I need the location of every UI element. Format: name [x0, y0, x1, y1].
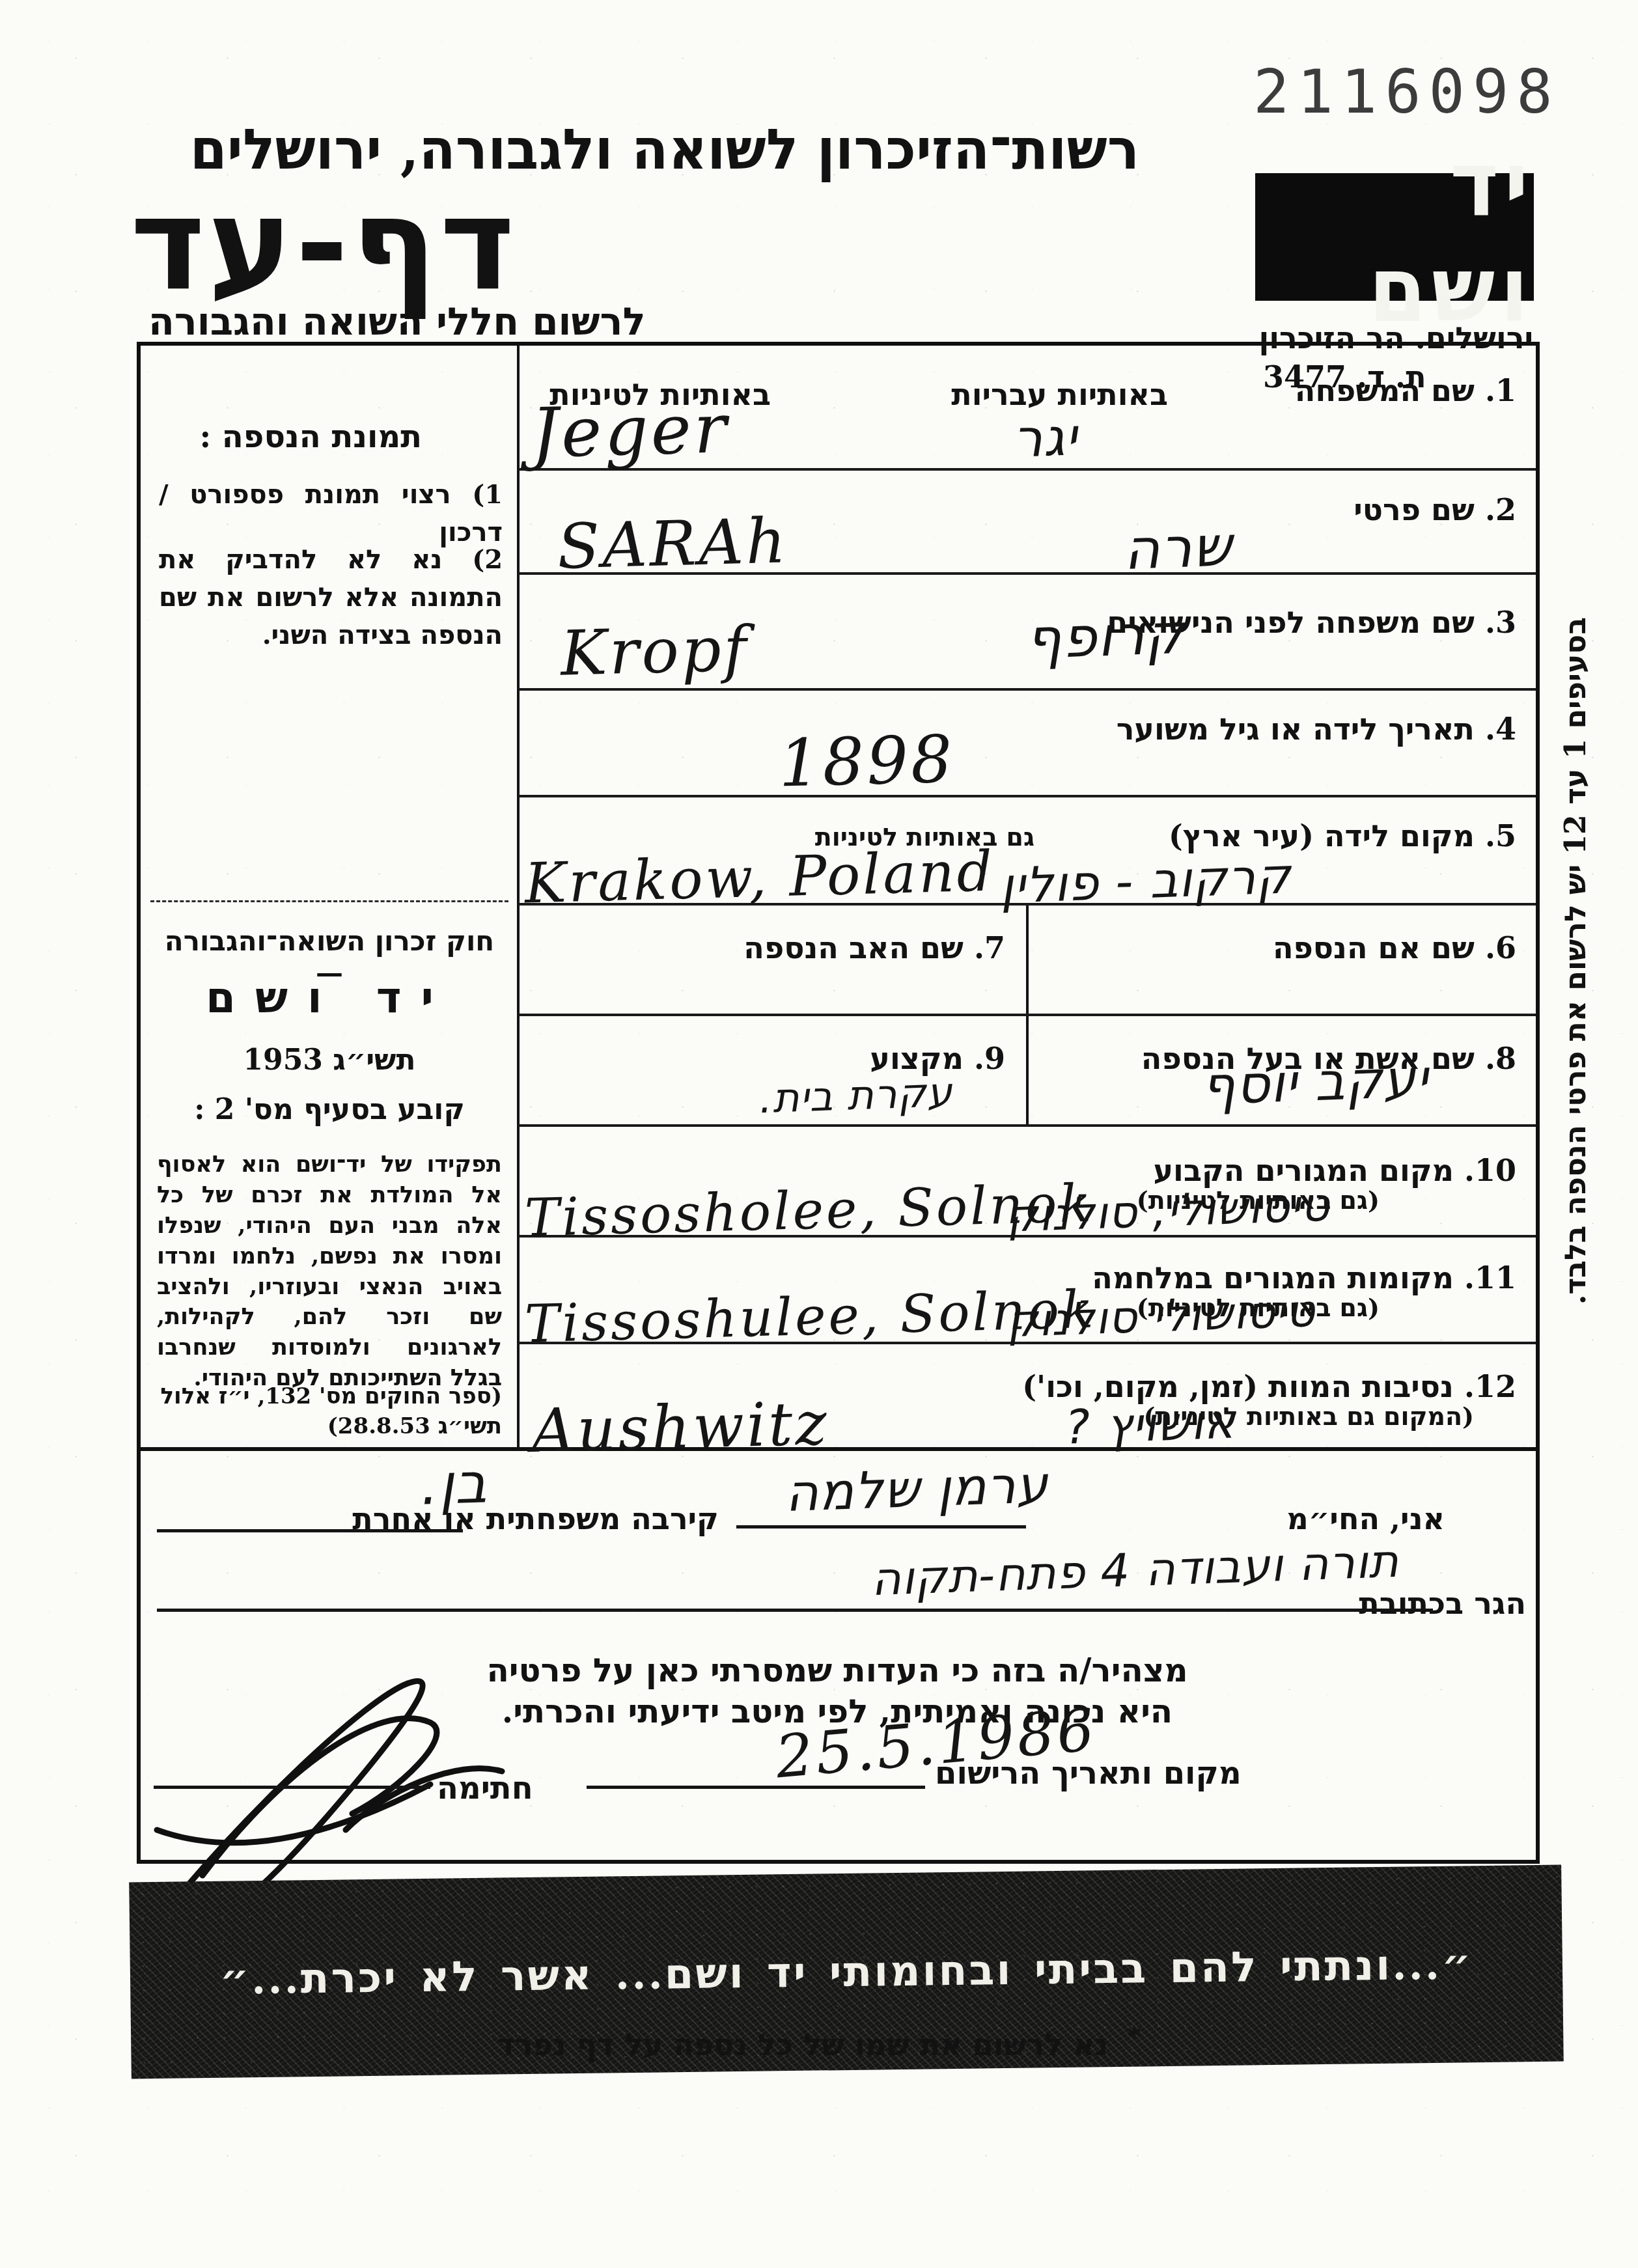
photo-instruction-1: 1) רצוי תמונת פספורט / דרכון [159, 476, 503, 551]
field2-value-hebrew: שרה [1122, 514, 1233, 583]
footnote: * נא לרשום את שמו של כל נספה על דף נפרד [396, 2021, 1242, 2062]
signature-line [154, 1786, 430, 1789]
field6-label: 6. שם אם הנספה [1273, 930, 1516, 965]
scripture-quote: ״...ונתתי להם בביתי ובחומותי יד ושם... א… [219, 1940, 1473, 2004]
field8-9-writing-line [518, 1124, 1536, 1127]
field4-label: 4. תאריך לידה או גיל משוער [1117, 712, 1516, 747]
field6-7-writing-line [518, 1014, 1536, 1016]
field2-label: 2. שם פרטי [1353, 492, 1516, 527]
field3-value-latin: Kropf [560, 613, 750, 690]
fields-bottom-line [141, 1447, 1536, 1451]
field1-value-latin: Jeger [530, 389, 730, 473]
field10-value-hebrew: טיסושולי, סולנוק [1006, 1180, 1331, 1242]
date-line [587, 1786, 925, 1789]
field5-value-hebrew: קרקוב - פולין [999, 847, 1292, 915]
declarant-prefix-label: אני, החי״מ [1286, 1501, 1445, 1536]
yad-vashem-logo: יד ושם [1255, 173, 1534, 301]
field5-value-latin: Krakow, Poland [524, 840, 995, 917]
relation-line [157, 1529, 463, 1532]
registration-stamp-number: 2116098 [1253, 57, 1561, 127]
sidebar-divider-line [517, 346, 520, 1449]
law-name: יד ושם [154, 972, 505, 1023]
address-value-handwritten: תורה ועבודה 4 פתח-תקוה [870, 1534, 1400, 1606]
law-citation: (ספר החוקים מס' 132, י״ז אלול תשי״ג 28.8… [157, 1382, 502, 1442]
photo-instructions-title: תמונת הנספה : [141, 419, 422, 455]
field2-value-latin: SARAh [557, 505, 790, 583]
field11-value-hebrew: טיסושולי סולנוק [1006, 1286, 1316, 1348]
field12-value-hebrew: אושויץ ? [1064, 1394, 1237, 1454]
field10-label: 10. מקום המגורים הקבוע [1153, 1153, 1516, 1188]
field7-label: 7. שם האב הנספה [743, 930, 1005, 965]
address-label: הגר בכתובת [1359, 1586, 1526, 1621]
sidebar-dashed-separator [150, 900, 508, 902]
law-section: קובע בסעיף מס' 2 : [154, 1093, 505, 1126]
signature-label: חתימה [437, 1770, 533, 1806]
field8-value-hebrew: יעקב יוסף [1201, 1048, 1429, 1116]
field3-value-hebrew: קרופף [1025, 602, 1186, 672]
footnote-text: נא לרשום את שמו של כל נספה על דף נפרד [497, 2027, 1109, 2062]
field5-label: 5. מקום לידה (עיר ארץ) [1169, 818, 1516, 853]
field4-writing-line [518, 795, 1536, 797]
law-year: תשי״ג 1953 [154, 1044, 505, 1077]
field3-writing-line [518, 688, 1536, 691]
address-line [157, 1609, 1433, 1612]
declarant-name-line [736, 1525, 1026, 1528]
place-date-label: מקום ותאריך הרישום [935, 1755, 1242, 1791]
document-title: דף-עד [130, 171, 518, 319]
margin-instruction-vertical: בסעיפים 1 עד 12 יש לרשום את פרטי הנספה ב… [1559, 617, 1598, 1463]
field9-value-hebrew: עקרת בית. [758, 1068, 954, 1122]
form-box: תמונת הנספה : 1) רצוי תמונת פספורט / דרכ… [137, 342, 1540, 1864]
relation-value-handwritten: בן. [419, 1451, 488, 1518]
document-subtitle: לרשום חללי השואה והגבורה [148, 299, 646, 344]
footnote-asterisk: * [1118, 2021, 1141, 2051]
field4-value: 1898 [778, 721, 956, 801]
field1-value-hebrew: יגר [1012, 406, 1078, 469]
yad-vashem-logo-text: יד ושם [1255, 131, 1534, 342]
page-of-testimony-form: 2116098 יד ושם ירושלים. הר הזיכרון ת. ד.… [0, 0, 1638, 2268]
field12-value-latin: Aushwitz [531, 1389, 830, 1466]
declarant-name-handwritten: ערמן שלמה [784, 1456, 1049, 1523]
law-body-text: תפקידו של יד־ושם הוא לאסוף אל המולדת את … [157, 1150, 502, 1394]
field1-label: 1. שם המשפחה [1295, 373, 1516, 408]
photo-instruction-2: 2) נא לא להדביק את התמונה אלא לרשום את ש… [159, 541, 503, 654]
